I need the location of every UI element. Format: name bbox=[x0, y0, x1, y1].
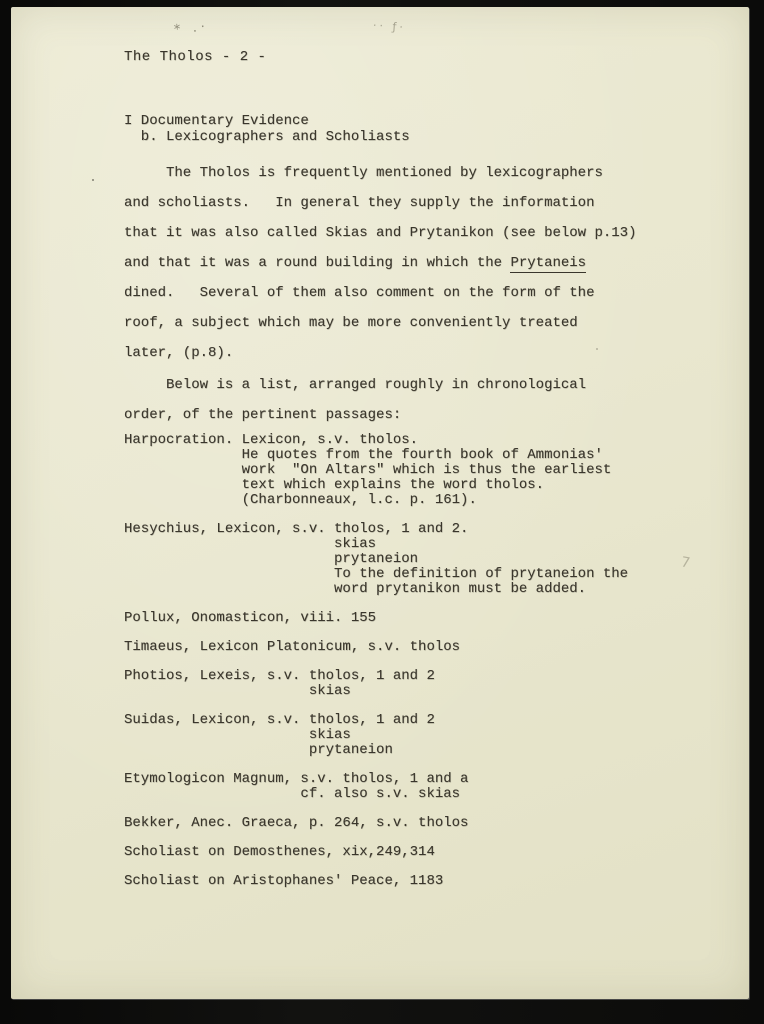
paragraph-line: later, (p.8). bbox=[124, 338, 721, 368]
text-segment: and scholiasts. In general they supply t… bbox=[124, 195, 594, 211]
heading-line-1: I Documentary Evidence bbox=[124, 113, 721, 129]
paragraph-line: and that it was a round building in whic… bbox=[124, 248, 721, 278]
entry-block: Harpocration. Lexicon, s.v. tholos. He q… bbox=[124, 433, 721, 508]
entry-block: Pollux, Onomasticon, viii. 155 bbox=[124, 611, 721, 626]
text-segment: that it was also called Skias and Prytan… bbox=[124, 225, 636, 241]
text-segment: cf. also s.v. skias bbox=[124, 786, 460, 802]
entry-line: Timaeus, Lexicon Platonicum, s.v. tholos bbox=[124, 640, 721, 655]
paragraph-line: that it was also called Skias and Prytan… bbox=[124, 218, 721, 248]
entry-line: Pollux, Onomasticon, viii. 155 bbox=[124, 611, 721, 626]
entry-line: To the definition of prytaneion the bbox=[124, 567, 721, 582]
entries-list: Harpocration. Lexicon, s.v. tholos. He q… bbox=[124, 433, 721, 889]
text-segment: The Tholos is frequently mentioned by le… bbox=[124, 165, 603, 181]
text-segment: skias bbox=[124, 536, 376, 552]
text-segment: text which explains the word tholos. bbox=[124, 477, 544, 493]
paragraph-line: and scholiasts. In general they supply t… bbox=[124, 188, 721, 218]
text-segment: word prytanikon must be added. bbox=[124, 581, 586, 597]
entry-line: skias bbox=[124, 728, 721, 743]
section-heading: I Documentary Evidence b. Lexicographers… bbox=[124, 113, 721, 145]
text-segment: Suidas, Lexicon, s.v. tholos, 1 and 2 bbox=[124, 712, 435, 728]
entry-block: Scholiast on Demosthenes, xix,249,314 bbox=[124, 845, 721, 860]
text-segment: Harpocration. Lexicon, s.v. tholos. bbox=[124, 432, 418, 448]
paragraph-2: Below is a list, arranged roughly in chr… bbox=[124, 370, 721, 430]
text-segment: (Charbonneaux, l.c. p. 161). bbox=[124, 492, 477, 508]
entry-line: Harpocration. Lexicon, s.v. tholos. bbox=[124, 433, 721, 448]
entry-line: work "On Altars" which is thus the earli… bbox=[124, 463, 721, 478]
underlined-text: Prytaneis bbox=[510, 255, 586, 273]
text-segment: Hesychius, Lexicon, s.v. tholos, 1 and 2… bbox=[124, 521, 468, 537]
entry-line: skias bbox=[124, 684, 721, 699]
text-segment: Scholiast on Demosthenes, xix,249,314 bbox=[124, 844, 435, 860]
text-segment: work "On Altars" which is thus the earli… bbox=[124, 462, 611, 478]
text-segment: prytaneion bbox=[124, 551, 418, 567]
text-segment: To the definition of prytaneion the bbox=[124, 566, 628, 582]
text-segment: Bekker, Anec. Graeca, p. 264, s.v. tholo… bbox=[124, 815, 468, 831]
entry-block: Scholiast on Aristophanes' Peace, 1183 bbox=[124, 874, 721, 889]
paragraph-line: roof, a subject which may be more conven… bbox=[124, 308, 721, 338]
text-segment: He quotes from the fourth book of Ammoni… bbox=[124, 447, 603, 463]
entry-block: Photios, Lexeis, s.v. tholos, 1 and 2 sk… bbox=[124, 669, 721, 699]
text-segment: Pollux, Onomasticon, viii. 155 bbox=[124, 610, 376, 626]
entry-line: prytaneion bbox=[124, 743, 721, 758]
entry-line: cf. also s.v. skias bbox=[124, 787, 721, 802]
text-segment: and that it was a round building in whic… bbox=[124, 255, 510, 271]
text-segment: roof, a subject which may be more conven… bbox=[124, 315, 578, 331]
text-segment: order, of the pertinent passages: bbox=[124, 407, 401, 423]
entry-line: Hesychius, Lexicon, s.v. tholos, 1 and 2… bbox=[124, 522, 721, 537]
entry-line: text which explains the word tholos. bbox=[124, 478, 721, 493]
entry-block: Bekker, Anec. Graeca, p. 264, s.v. tholo… bbox=[124, 816, 721, 831]
paragraph-line: The Tholos is frequently mentioned by le… bbox=[124, 158, 721, 188]
paragraph-line: dined. Several of them also comment on t… bbox=[124, 278, 721, 308]
entry-line: skias bbox=[124, 537, 721, 552]
entry-line: (Charbonneaux, l.c. p. 161). bbox=[124, 493, 721, 508]
text-segment: Photios, Lexeis, s.v. tholos, 1 and 2 bbox=[124, 668, 435, 684]
entry-line: Etymologicon Magnum, s.v. tholos, 1 and … bbox=[124, 772, 721, 787]
entry-line: Bekker, Anec. Graeca, p. 264, s.v. tholo… bbox=[124, 816, 721, 831]
text-segment: skias bbox=[124, 683, 351, 699]
text-segment: later, (p.8). bbox=[124, 345, 233, 361]
entry-line: Suidas, Lexicon, s.v. tholos, 1 and 2 bbox=[124, 713, 721, 728]
document-page: * .· ·· ƒ· 7 The Tholos - 2 - I Document… bbox=[11, 7, 749, 999]
text-segment: Etymologicon Magnum, s.v. tholos, 1 and … bbox=[124, 771, 468, 787]
heading-line-2: b. Lexicographers and Scholiasts bbox=[124, 129, 721, 145]
paragraph-line: order, of the pertinent passages: bbox=[124, 400, 721, 430]
entry-block: Timaeus, Lexicon Platonicum, s.v. tholos bbox=[124, 640, 721, 655]
entry-block: Hesychius, Lexicon, s.v. tholos, 1 and 2… bbox=[124, 522, 721, 597]
text-segment: dined. Several of them also comment on t… bbox=[124, 285, 594, 301]
paragraph-1: The Tholos is frequently mentioned by le… bbox=[124, 158, 721, 368]
photo-background: * .· ·· ƒ· 7 The Tholos - 2 - I Document… bbox=[0, 0, 764, 1024]
paragraph-line: Below is a list, arranged roughly in chr… bbox=[124, 370, 721, 400]
entry-line: Scholiast on Aristophanes' Peace, 1183 bbox=[124, 874, 721, 889]
entry-line: prytaneion bbox=[124, 552, 721, 567]
text-segment: skias bbox=[124, 727, 351, 743]
page-title: The Tholos - 2 - bbox=[124, 50, 721, 65]
text-segment: prytaneion bbox=[124, 742, 393, 758]
text-segment: Below is a list, arranged roughly in chr… bbox=[124, 377, 586, 393]
entry-block: Suidas, Lexicon, s.v. tholos, 1 and 2 sk… bbox=[124, 713, 721, 758]
text-segment: Timaeus, Lexicon Platonicum, s.v. tholos bbox=[124, 639, 460, 655]
entry-line: Scholiast on Demosthenes, xix,249,314 bbox=[124, 845, 721, 860]
typewritten-content: The Tholos - 2 - I Documentary Evidence … bbox=[11, 7, 749, 999]
text-segment: Scholiast on Aristophanes' Peace, 1183 bbox=[124, 873, 443, 889]
entry-block: Etymologicon Magnum, s.v. tholos, 1 and … bbox=[124, 772, 721, 802]
entry-line: Photios, Lexeis, s.v. tholos, 1 and 2 bbox=[124, 669, 721, 684]
entry-line: word prytanikon must be added. bbox=[124, 582, 721, 597]
entry-line: He quotes from the fourth book of Ammoni… bbox=[124, 448, 721, 463]
